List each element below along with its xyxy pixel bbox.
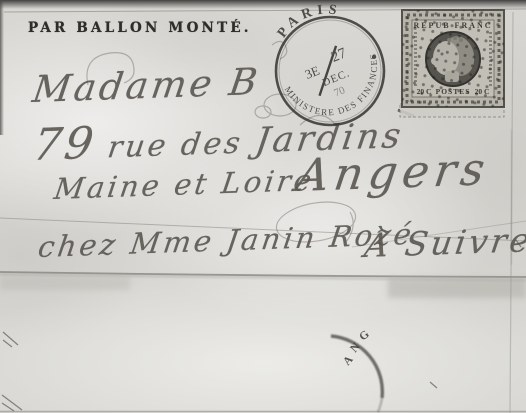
main-crease-soft [0,274,526,280]
stamp-inner-panel [412,20,494,97]
crease-smudge-right [388,278,526,298]
scan-left-edge-shadow [0,0,4,135]
postmark-year: 70 [332,84,347,99]
ceres-face [433,41,459,75]
arrival-letter: N [348,340,363,355]
forwarding-note: À Suivre [362,220,526,265]
arrival-postmark-arc-faint [378,398,382,412]
postmark-city-text: PARIS [270,4,347,44]
stamp-outer-frame [402,10,504,107]
arrival-postmark-arc [331,336,382,398]
stamp-denomination-left: 20 C [417,87,432,96]
ceres-stamp: REPUB FRANC 20 C POSTES 20 C [398,4,510,124]
stamp-top-inscription: REPUB FRANC [413,21,492,30]
postmark-day: 27 [329,45,349,66]
arrival-letter: A [341,353,356,368]
street-number: 79 [30,118,100,171]
ceres-hair [440,33,478,78]
postmark-collection: 3E [303,63,322,82]
street-middle: rue des [93,125,258,166]
scan-top-edge-shadow [0,0,526,9]
stamp-denomination-right: 20 C [475,87,490,96]
crease-smudge-left [0,276,130,290]
city-line: Angers [293,142,493,202]
balloon-monte-label: PAR BALLON MONTÉ. [28,20,252,36]
envelope-top-edge-line [4,9,526,12]
postmark-month: DEC. [321,67,352,89]
ceres-wreath [447,36,463,42]
envelope-scan: A N G PAR BALLON MONTÉ. Madame B 79 rue … [0,0,526,413]
stamp-cancel-dots [402,10,504,107]
arrival-letter: G [357,328,372,343]
ink-dot [372,55,376,59]
stamp-meander-border [407,15,499,102]
stamp-paper-strip [400,104,504,117]
vertical-fold-line [510,12,513,413]
ceres-nose [431,57,439,65]
ceres-eye [441,53,444,56]
ceres-head [431,33,478,82]
department-line: Maine et Loire [52,163,317,206]
stamp-postes-label: POSTES [436,87,471,96]
stray-marks [2,240,521,411]
postmark-slash [305,46,352,96]
stamp-medallion [426,32,480,86]
stamp-body: REPUB FRANC 20 C POSTES 20 C [402,10,504,107]
main-crease-line [0,272,526,277]
recipient-line: Madame B [30,60,263,111]
care-of-line: chez Mme Janin Rozé [36,217,417,264]
arrival-postmark: A N G [331,328,382,412]
ceres-neck [445,71,459,82]
